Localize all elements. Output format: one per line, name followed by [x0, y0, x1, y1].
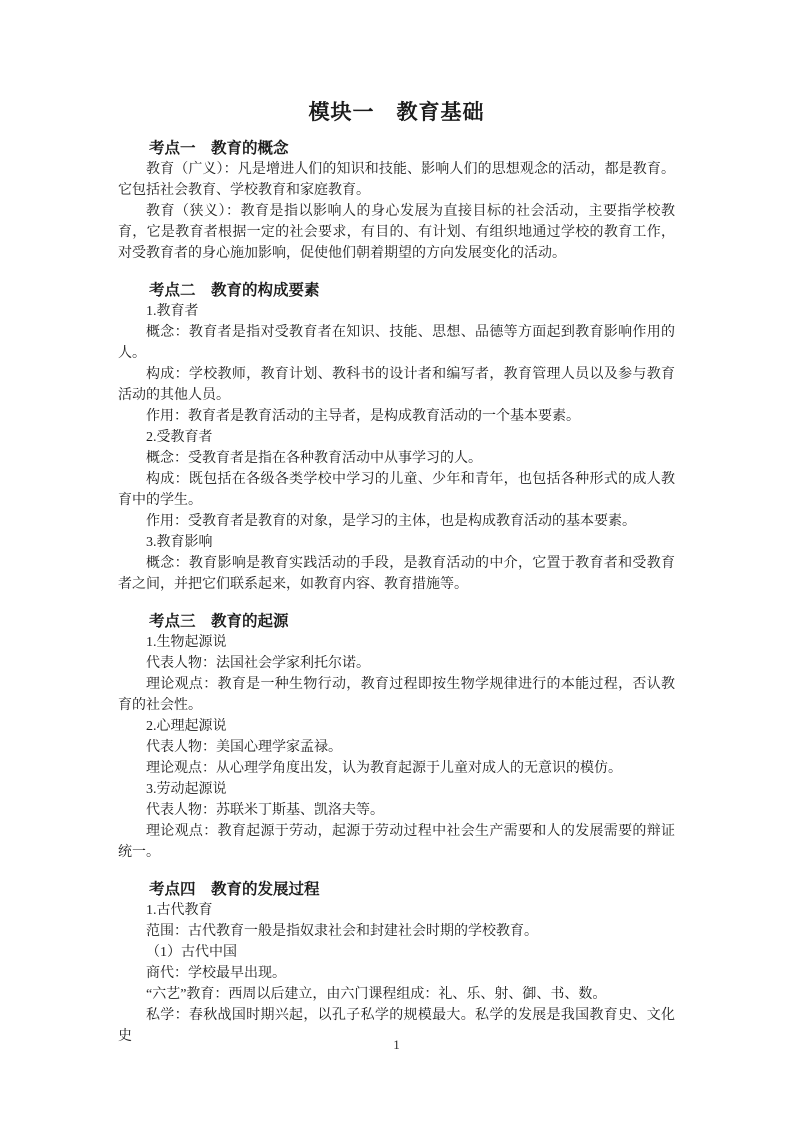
- document-body: 考点一 教育的概念教育（广义）：凡是增进人们的知识和技能、影响人们的思想观念的活…: [118, 138, 675, 1047]
- paragraph: 1.古代教育: [118, 900, 675, 921]
- page-title: 模块一 教育基础: [118, 96, 675, 128]
- paragraph: 概念：教育影响是教育实践活动的手段，是教育活动的中介，它置于教育者和受教育者之间…: [118, 553, 675, 595]
- paragraph: 范围：古代教育一般是指奴隶社会和封建社会时期的学校教育。: [118, 921, 675, 942]
- paragraph: 教育（狭义）：教育是指以影响人的身心发展为直接目标的社会活动，主要指学校教育，它…: [118, 201, 675, 264]
- section-heading: 考点三 教育的起源: [118, 611, 675, 632]
- paragraph: 2.受教育者: [118, 427, 675, 448]
- paragraph: 理论观点：从心理学角度出发，认为教育起源于儿童对成人的无意识的模仿。: [118, 758, 675, 779]
- paragraph: 作用：教育者是教育活动的主导者，是构成教育活动的一个基本要素。: [118, 406, 675, 427]
- paragraph: 概念：教育者是指对受教育者在知识、技能、思想、品德等方面起到教育影响作用的人。: [118, 322, 675, 364]
- section-heading: 考点二 教育的构成要素: [118, 280, 675, 301]
- paragraph: 理论观点：教育是一种生物行动，教育过程即按生物学规律进行的本能过程，否认教育的社…: [118, 674, 675, 716]
- section: 考点三 教育的起源1.生物起源说代表人物：法国社会学家利托尔诺。理论观点：教育是…: [118, 611, 675, 863]
- paragraph: 1.教育者: [118, 301, 675, 322]
- paragraph: 代表人物：美国心理学家孟禄。: [118, 737, 675, 758]
- paragraph: 教育（广义）：凡是增进人们的知识和技能、影响人们的思想观念的活动，都是教育。它包…: [118, 159, 675, 201]
- paragraph: 商代：学校最早出现。: [118, 963, 675, 984]
- section-heading: 考点四 教育的发展过程: [118, 879, 675, 900]
- section: 考点四 教育的发展过程1.古代教育范围：古代教育一般是指奴隶社会和封建社会时期的…: [118, 879, 675, 1047]
- paragraph: 2.心理起源说: [118, 716, 675, 737]
- document-page: 模块一 教育基础 考点一 教育的概念教育（广义）：凡是增进人们的知识和技能、影响…: [0, 0, 793, 1122]
- paragraph: 3.教育影响: [118, 532, 675, 553]
- paragraph: “六艺”教育：西周以后建立，由六门课程组成：礼、乐、射、御、书、数。: [118, 984, 675, 1005]
- page-number: 1: [0, 1036, 793, 1054]
- section: 考点二 教育的构成要素1.教育者概念：教育者是指对受教育者在知识、技能、思想、品…: [118, 280, 675, 595]
- paragraph: 构成：既包括在各级各类学校中学习的儿童、少年和青年，也包括各种形式的成人教育中的…: [118, 469, 675, 511]
- paragraph: 概念：受教育者是指在各种教育活动中从事学习的人。: [118, 448, 675, 469]
- paragraph: 构成：学校教师，教育计划、教科书的设计者和编写者，教育管理人员以及参与教育活动的…: [118, 364, 675, 406]
- paragraph: 理论观点：教育起源于劳动，起源于劳动过程中社会生产需要和人的发展需要的辩证统一。: [118, 821, 675, 863]
- paragraph: 作用：受教育者是教育的对象，是学习的主体，也是构成教育活动的基本要素。: [118, 511, 675, 532]
- section: 考点一 教育的概念教育（广义）：凡是增进人们的知识和技能、影响人们的思想观念的活…: [118, 138, 675, 264]
- paragraph: 3.劳动起源说: [118, 779, 675, 800]
- paragraph: 代表人物：法国社会学家利托尔诺。: [118, 653, 675, 674]
- paragraph: （1）古代中国: [118, 942, 675, 963]
- paragraph: 1.生物起源说: [118, 632, 675, 653]
- section-heading: 考点一 教育的概念: [118, 138, 675, 159]
- paragraph: 代表人物：苏联米丁斯基、凯洛夫等。: [118, 800, 675, 821]
